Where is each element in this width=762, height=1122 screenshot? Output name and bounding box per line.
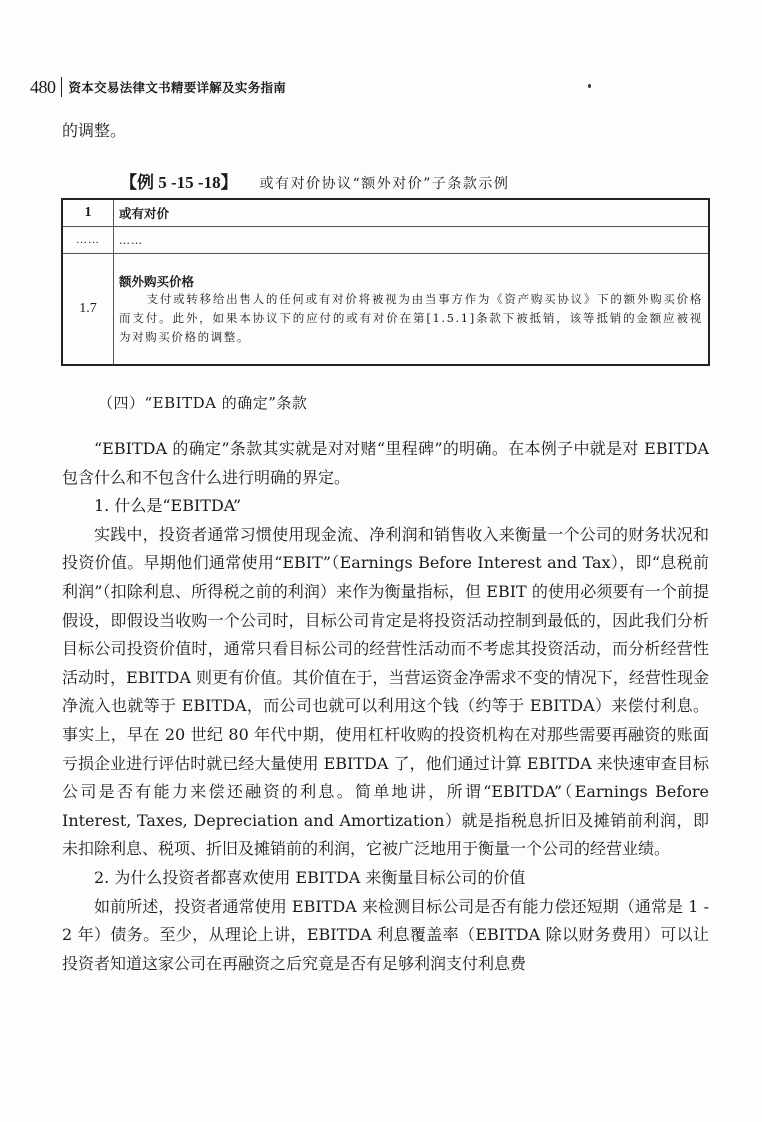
table-row: 1 或有对价 [62,199,709,227]
continuation-text: 的调整。 [62,117,126,146]
paragraph: 如前所述，投资者通常使用 EBITDA 来检测目标公司是否有能力偿还短期（通常是… [62,893,709,979]
table-row: …… …… [62,227,709,254]
section-body: “EBITDA 的确定”条款其实就是对对赌“里程碑”的明确。在本例子中就是对 E… [62,435,709,978]
clause-number: …… [62,227,114,254]
paragraph: 实践中，投资者通常习惯使用现金流、净利润和销售收入来衡量一个公司的财务状况和投资… [62,521,709,864]
speck-mark [588,84,591,88]
clause-ellipsis: …… [114,227,710,254]
section-heading: （四）“EBITDA 的确定”条款 [98,392,307,413]
clause-title: 或有对价 [114,199,710,227]
example-caption: 【例 5 -15 -18】 或有对价协议“额外对价”子条款示例 [120,168,509,193]
example-number: 【例 5 -15 -18】 [120,168,238,193]
clause-number: 1 [62,199,114,227]
clause-heading: 额外购买价格 [119,273,703,290]
table-row: 1.7 额外购买价格 支付或转移给出售人的任何或有对价将被视为由当事方作为《资产… [62,254,709,366]
subsection-title-2: 2. 为什么投资者都喜欢使用 EBITDA 来衡量目标公司的价值 [62,864,709,893]
page-number: 480 [30,77,56,98]
running-header: 480 资本交易法律文书精要详解及实务指南 [30,76,286,98]
clause-table: 1 或有对价 …… …… 1.7 额外购买价格 支付或转移给出售人的任何或有对价… [61,198,710,366]
header-divider [61,77,62,97]
clause-body: 支付或转移给出售人的任何或有对价将被视为由当事方作为《资产购买协议》下的额外购买… [119,290,703,347]
paragraph: “EBITDA 的确定”条款其实就是对对赌“里程碑”的明确。在本例子中就是对 E… [62,435,709,492]
book-title: 资本交易法律文书精要详解及实务指南 [69,78,287,96]
subsection-title-1: 1. 什么是“EBITDA” [62,492,709,521]
example-title: 或有对价协议“额外对价”子条款示例 [260,173,510,193]
clause-number: 1.7 [62,254,114,366]
clause-content: 额外购买价格 支付或转移给出售人的任何或有对价将被视为由当事方作为《资产购买协议… [114,254,710,366]
